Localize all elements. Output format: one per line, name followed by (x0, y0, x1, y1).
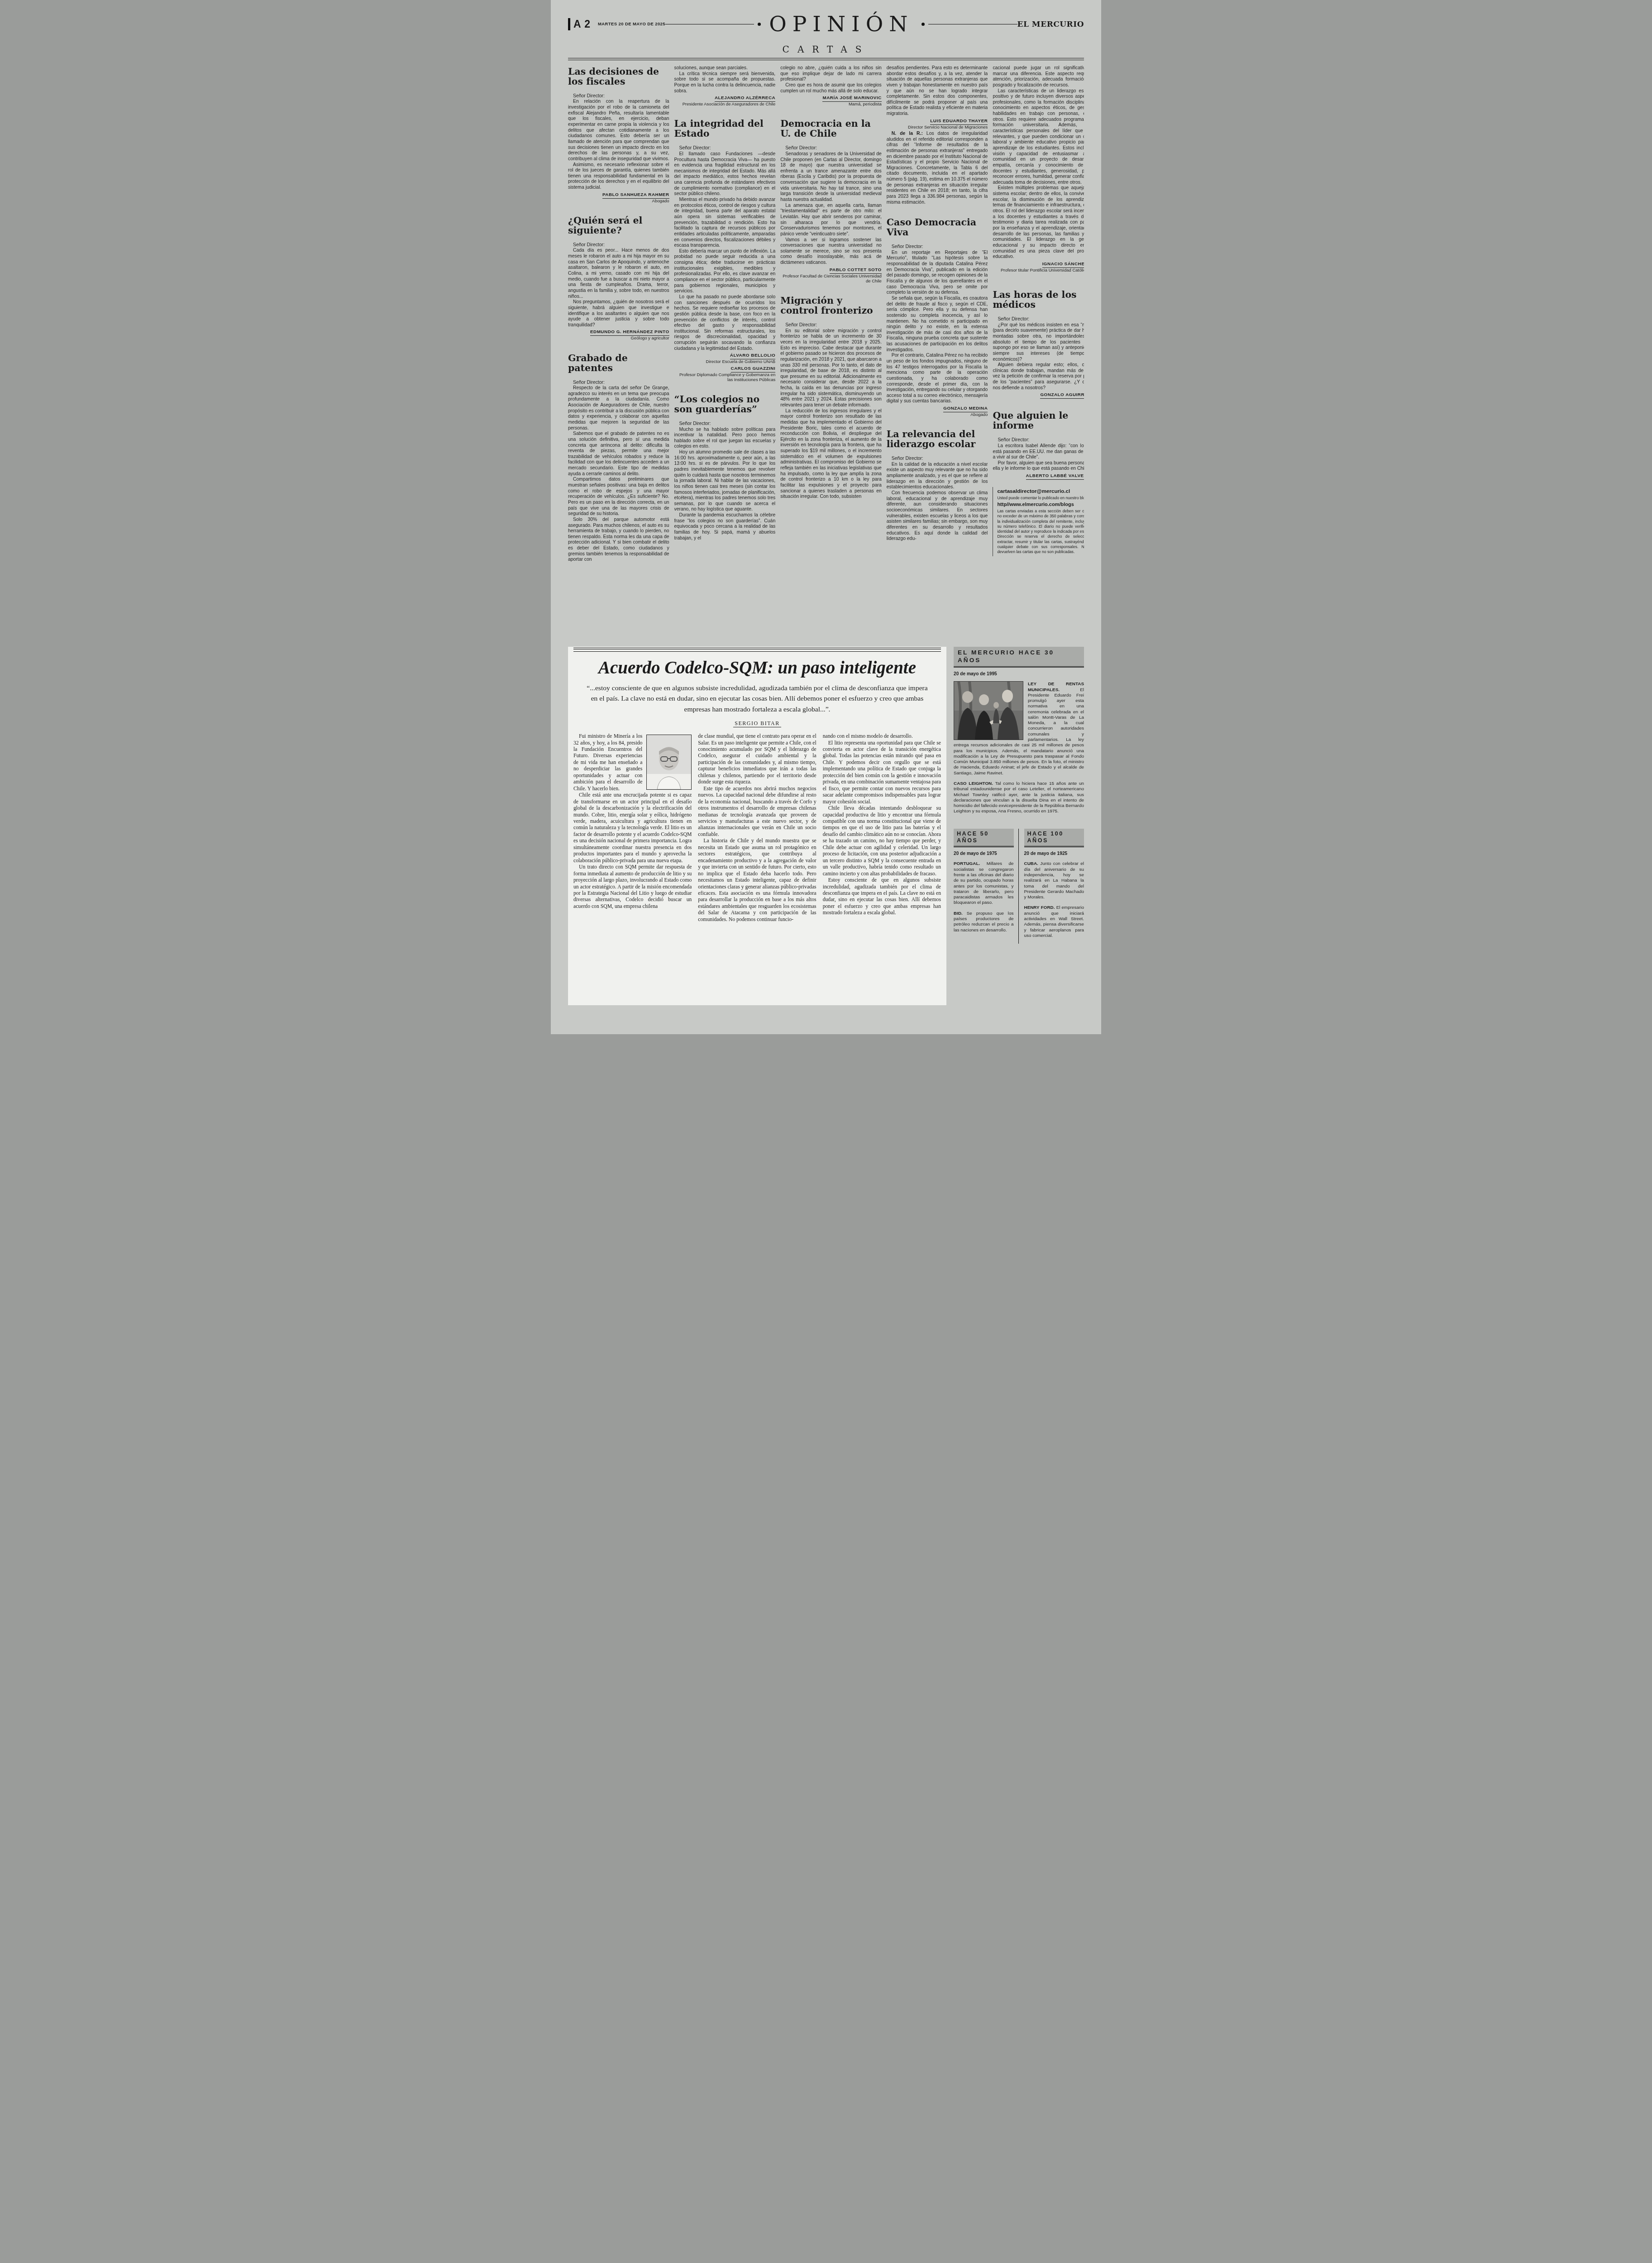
handshake-photo (954, 682, 1023, 740)
feature-headline: Acuerdo Codelco-SQM: un paso inteligente (573, 659, 941, 678)
masthead-brand: EL MERCURIO (1017, 20, 1084, 29)
signature-name-text: ALEJANDRO ALZÉRRECA (715, 95, 775, 102)
letter-salutation: Señor Director: (887, 456, 988, 462)
signature-name-text: GONZALO MEDINA (943, 406, 988, 412)
archive-history-item-lead: CUBA. (1024, 861, 1041, 866)
feature-paragraph: Estoy consciente de que en algunos subsi… (823, 877, 941, 917)
signature-role: Geólogo y agricultor (568, 336, 669, 341)
signature-name-text: PABLO SANHUEZA RAHMER (602, 192, 669, 199)
signature-name: ÁLVARO BELLOLIO (674, 353, 776, 359)
letter-salutation: Señor Director: (993, 317, 1084, 323)
signature: PABLO SANHUEZA RAHMERAbogado (568, 192, 669, 204)
archive-history-date: 20 de mayo de 1975 (954, 851, 1014, 857)
ornament-right (921, 23, 1017, 26)
letter-paragraph-continued: desafíos pendientes. Para esto es determ… (887, 66, 988, 117)
letter-paragraph: Cada día es peor... Hace menos de dos me… (568, 248, 669, 300)
archive-photo (954, 681, 1023, 740)
letter-paragraph: Alguien debiera regular esto; ellos, o l… (993, 363, 1084, 391)
edition-date: MARTES 20 DE MAYO DE 2025 (598, 22, 665, 27)
signature: IGNACIO SÁNCHEZ D.Profesor titular Ponti… (993, 262, 1084, 278)
signature-role: Abogado (887, 412, 988, 417)
letter-paragraph: N. de la R.: Los datos de irregularidad … (887, 131, 988, 205)
signature: ALEJANDRO ALZÉRRECAPresidente Asociación… (674, 95, 776, 107)
signature-name: ALEJANDRO ALZÉRRECA (674, 95, 776, 102)
feature-paragraph: nando con el mismo modelo de desarrollo. (823, 733, 941, 740)
feature-paragraph: Este tipo de acuerdos nos abrirá muchos … (698, 786, 816, 838)
letter-title: ¿Quién será el siguiente? (568, 216, 669, 236)
signature-name-text: LUIS EDUARDO THAYER (930, 119, 988, 125)
letter-paragraph: La crítica técnica siempre será bienveni… (674, 72, 776, 95)
letter-salutation: Señor Director: (780, 323, 882, 329)
signature: EDMUNDO G. HERNÁNDEZ PINTOGeólogo y agri… (568, 329, 669, 341)
signature-name-text: GONZALO AGUIRRE A. (1040, 392, 1084, 399)
letter-paragraph: El llamado caso Fundaciones —desde Procu… (674, 152, 776, 197)
archive-history-box: HACE 100 AÑOS20 de mayo de 1925CUBA. Jun… (1018, 829, 1084, 944)
feature-pull-quote: “...estoy consciente de que en algunos s… (585, 683, 929, 715)
letter-salutation: Señor Director: (993, 438, 1084, 444)
signature: CARLOS GUAZZINIProfesor Diplomado Compli… (674, 366, 776, 382)
contact-blog-url[interactable]: http//www.elmercurio.com/blogs (997, 502, 1084, 508)
letter-title: Democracia en la U. de Chile (780, 119, 882, 139)
letter-title: Las horas de los médicos (993, 290, 1084, 310)
letter-paragraph: Hoy un alumno promedio sale de clases a … (674, 450, 776, 513)
page-number: A 2 (568, 18, 591, 30)
letters-column-3: colegio no abre, ¿quién cuida a los niño… (780, 66, 882, 640)
archive-history-item: CUBA. Junto con celebrar el día del aniv… (1024, 861, 1084, 900)
feature-paragraph: Chile lleva décadas intentando desbloque… (823, 805, 941, 877)
feature-paragraph: de clase mundial, que tiene el contrato … (698, 733, 816, 786)
signature: ALBERTO LABBÉ VALVERDE (993, 473, 1084, 480)
feature-byline: SERGIO BITAR (573, 720, 941, 727)
letter-paragraph: Mucho se ha hablado sobre políticas para… (674, 427, 776, 450)
signature-name: PABLO COTTET SOTO (780, 267, 882, 274)
letter-salutation: Señor Director: (674, 421, 776, 427)
archive-title: EL MERCURIO HACE 30 AÑOS (954, 647, 1084, 668)
letter-salutation: Señor Director: (887, 244, 988, 250)
letter-paragraph-continued: soluciones, aunque sean parciales. (674, 66, 776, 72)
section-title: OPINIÓN (769, 14, 913, 35)
triple-rule (573, 648, 941, 652)
letter-paragraph: Solo 30% del parque automotor está asegu… (568, 517, 669, 563)
letter-title: La relevancia del liderazgo escolar (887, 430, 988, 449)
letter-paragraph: Esto debería marcar un punto de inflexió… (674, 249, 776, 295)
letter-paragraph: La escritora Isabel Allende dijo: “con l… (993, 444, 1084, 461)
archive-item: CASO LEIGHTON. Tal como lo hiciera hace … (954, 781, 1084, 815)
letter-paragraph: Vamos a ver si logramos sostener las con… (780, 238, 882, 266)
letter-paragraph: Las características de un liderazgo esco… (993, 89, 1084, 186)
feature-article: Acuerdo Codelco-SQM: un paso inteligente… (568, 647, 946, 1005)
letter-salutation: Señor Director: (568, 94, 669, 100)
signature: ÁLVARO BELLOLIODirector Escuela de Gobie… (674, 353, 776, 364)
archive-history-item-lead: BID. (954, 911, 967, 916)
letter-salutation: Señor Director: (674, 146, 776, 152)
feature-paragraph: El litio representa una oportunidad para… (823, 740, 941, 806)
archive-date: 20 de mayo de 1995 (954, 672, 1084, 678)
letter-title: “Los colegios no son guarderías” (674, 395, 776, 415)
signature-name: ALBERTO LABBÉ VALVERDE (993, 473, 1084, 480)
letters-column-4: desafíos pendientes. Para esto es determ… (887, 66, 988, 640)
signature: GONZALO MEDINAAbogado (887, 406, 988, 417)
signature-name-text: ALBERTO LABBÉ VALVERDE (1026, 473, 1084, 480)
signature-role: Profesor Facultad de Ciencias Sociales U… (780, 274, 882, 284)
signature-name-text: PABLO COTTET SOTO (830, 267, 882, 274)
letter-title: Caso Democracia Viva (887, 218, 988, 238)
signature-name-text: MARÍA JOSÉ MARINOVIC (822, 95, 881, 102)
contact-rules: Las cartas enviadas a esta sección deben… (997, 509, 1084, 555)
signature-name: PABLO SANHUEZA RAHMER (568, 192, 669, 199)
signature-name-text: IGNACIO SÁNCHEZ D. (1042, 262, 1084, 268)
letter-paragraph: La reducción de los ingresos irregulares… (780, 409, 882, 500)
contact-blog-note: Usted puede comentar lo publicado en nue… (997, 496, 1084, 501)
feature-body: Fui ministro de Minería a los 32 años, y… (573, 733, 941, 923)
signature: LUIS EDUARDO THAYERDirector Servicio Nac… (887, 119, 988, 130)
signature-name: CARLOS GUAZZINI (674, 366, 776, 372)
letter-paragraph: Se señala que, según la Fiscalía, es coa… (887, 296, 988, 353)
letter-title: La integridad del Estado (674, 119, 776, 139)
signature: GONZALO AGUIRRE A. (993, 392, 1084, 399)
letter-title: Las decisiones de los fiscales (568, 67, 669, 87)
signature-role: Profesor Diplomado Compliance y Gobernan… (674, 372, 776, 382)
letter-salutation: Señor Director: (568, 380, 669, 386)
bullet-icon (921, 23, 925, 26)
archive-history-title: HACE 50 AÑOS (954, 829, 1014, 847)
signature-name-text: ÁLVARO BELLOLIO (730, 353, 775, 359)
signature-role: Presidente Asociación de Aseguradores de… (674, 102, 776, 107)
signature: PABLO COTTET SOTOProfesor Facultad de Ci… (780, 267, 882, 284)
page-header: A 2 MARTES 20 DE MAYO DE 2025 OPINIÓN EL… (568, 14, 1084, 35)
letter-paragraph: Por el contrario, Catalina Pérez no ha r… (887, 353, 988, 405)
letter-paragraph: En la calidad de la educación a nivel es… (887, 462, 988, 491)
letter-paragraph: Por favor, alguien que sea buena persona… (993, 461, 1084, 472)
signature-role: Abogado (568, 199, 669, 204)
letter-salutation: Señor Director: (568, 243, 669, 248)
author-portrait (646, 735, 692, 790)
archive-item-lead: CASO LEIGHTON. (954, 781, 995, 786)
letter-paragraph-continued: colegio no abre, ¿quién cuida a los niño… (780, 66, 882, 83)
letter-paragraph: Respecto de la carta del señor De Grange… (568, 386, 669, 431)
signature-role: Mamá, periodista (780, 102, 882, 107)
letter-paragraph: Asimismo, es necesario reflexionar sobre… (568, 162, 669, 191)
letters-column-1: Las decisiones de los fiscalesSeñor Dire… (568, 66, 669, 640)
letter-paragraph-continued: cacional puede jugar un rol significativ… (993, 66, 1084, 89)
sergio-bitar-photo (647, 735, 691, 789)
feature-paragraph: Un trato directo con SQM permite dar res… (573, 864, 692, 910)
letter-paragraph: Existen múltiples problemas que aquejan … (993, 186, 1084, 260)
archive-history-item: PORTUGAL. Millares de socialistas se con… (954, 861, 1014, 906)
ornament-left (665, 23, 761, 26)
archive-panel: EL MERCURIO HACE 30 AÑOS 20 de mayo de 1… (954, 647, 1084, 1005)
signature-name: MARÍA JOSÉ MARINOVIC (780, 95, 882, 102)
signature-role: Profesor titular Pontificia Universidad … (993, 268, 1084, 278)
archive-history-item-lead: PORTUGAL. (954, 861, 987, 866)
letter-paragraph: ¿Por qué los médicos insisten en esa “ma… (993, 323, 1084, 363)
letter-paragraph: Sabemos que el grabado de patentes no es… (568, 431, 669, 477)
letters-column-2: soluciones, aunque sean parciales.La crí… (674, 66, 776, 640)
letter-title: Grabado de patentes (568, 353, 669, 373)
feature-author: SERGIO BITAR (733, 720, 781, 727)
letter-paragraph: En relación con la reapertura de la inve… (568, 99, 669, 162)
letter-paragraph: Con frecuencia podemos observar un clima… (887, 491, 988, 542)
letter-paragraph: En su editorial sobre migración y contro… (780, 329, 882, 409)
letters-column-5: cacional puede jugar un rol significativ… (993, 66, 1084, 640)
signature-name: IGNACIO SÁNCHEZ D. (993, 262, 1084, 268)
double-rule (568, 58, 1084, 60)
signature-name: LUIS EDUARDO THAYER (887, 119, 988, 125)
signature-role: Director Escuela de Gobierno UNAB (674, 359, 776, 364)
letter-salutation: Señor Director: (780, 146, 882, 152)
signature-name-text: CARLOS GUAZZINI (731, 366, 776, 372)
letter-paragraph: En un reportaje en Reportajes de “El Mer… (887, 250, 988, 296)
bullet-icon (758, 23, 761, 26)
archive-history-title: HACE 100 AÑOS (1024, 829, 1084, 847)
signature-name: EDMUNDO G. HERNÁNDEZ PINTO (568, 329, 669, 336)
letter-paragraph: La amenaza que, en aquella carta, llaman… (780, 203, 882, 238)
letter-title: Migración y control fronterizo (780, 296, 882, 316)
archive-history-date: 20 de mayo de 1925 (1024, 851, 1084, 857)
signature: MARÍA JOSÉ MARINOVICMamá, periodista (780, 95, 882, 107)
signature-name: GONZALO AGUIRRE A. (993, 392, 1084, 399)
archive-item-lead: LEY DE RENTAS MUNICIPALES. (1028, 682, 1084, 692)
newspaper-page: A 2 MARTES 20 DE MAYO DE 2025 OPINIÓN EL… (551, 0, 1101, 1034)
archive-history-box: HACE 50 AÑOS20 de mayo de 1975PORTUGAL. … (954, 829, 1018, 944)
letter-paragraph: Creo que es hora de asumir que los coleg… (780, 83, 882, 94)
feature-column-2: de clase mundial, que tiene el contrato … (698, 733, 816, 923)
archive-history-item: BID. Se propuso que los países productor… (954, 911, 1014, 933)
signature-name: GONZALO MEDINA (887, 406, 988, 412)
editors-note-lead: N. de la R.: (892, 131, 923, 136)
letter-paragraph: Mientras el mundo privado ha debido avan… (674, 197, 776, 249)
contact-email[interactable]: cartasaldirector@mercurio.cl (997, 488, 1084, 495)
archive-history-item: HENRY FORD. El empresario anunció que in… (1024, 905, 1084, 939)
bottom-zone: Acuerdo Codelco-SQM: un paso inteligente… (568, 647, 1084, 1005)
signature-role: Director Servicio Nacional de Migracione… (887, 125, 988, 130)
archive-history-boxes: HACE 50 AÑOS20 de mayo de 1975PORTUGAL. … (954, 829, 1084, 944)
letter-paragraph: Durante la pandemia escuchamos la célebr… (674, 513, 776, 541)
letter-paragraph: Senadoras y senadores de la Universidad … (780, 152, 882, 203)
letter-paragraph: Nos preguntamos, ¿quién de nosotros será… (568, 300, 669, 328)
feature-column-1: Fui ministro de Minería a los 32 años, y… (573, 733, 692, 923)
letters-contact-box: cartasaldirector@mercurio.clUsted puede … (993, 487, 1084, 556)
letters-section: Las decisiones de los fiscalesSeñor Dire… (568, 66, 1084, 640)
letter-paragraph: Lo que ha pasado no puede abordarse solo… (674, 295, 776, 352)
feature-paragraph: Chile está ante una encrucijada potente … (573, 792, 692, 864)
signature-name-text: EDMUNDO G. HERNÁNDEZ PINTO (590, 329, 669, 336)
subsection-title: CARTAS (568, 44, 1084, 55)
archive-history-item-lead: HENRY FORD. (1024, 905, 1056, 910)
letter-paragraph: Compartimos datos preliminares que muest… (568, 477, 669, 517)
feature-paragraph: La historia de Chile y del mundo muestra… (698, 838, 816, 923)
feature-column-3: nando con el mismo modelo de desarrollo.… (823, 733, 941, 923)
letter-title: Que alguien le informe (993, 411, 1084, 431)
